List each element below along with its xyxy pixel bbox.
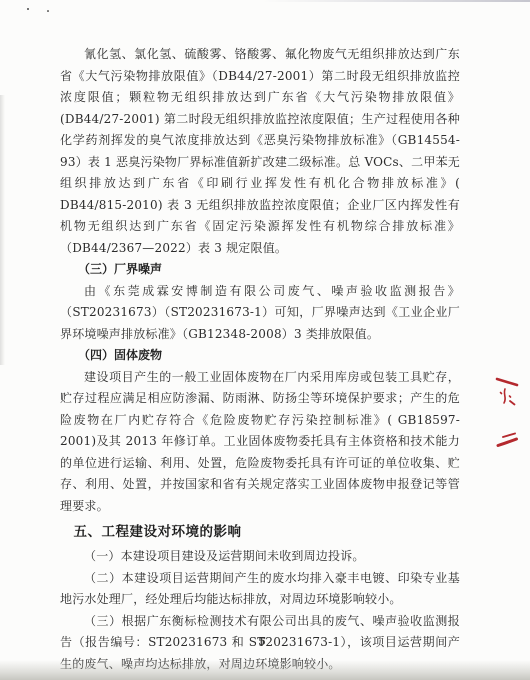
- scan-bottom-shadow: [0, 660, 530, 680]
- scan-top-edge-shadow: [262, 0, 530, 2]
- scan-speck-2: [47, 10, 49, 12]
- subheading-solid-waste: （四）固体废物: [60, 345, 460, 367]
- scan-left-edge-smudge: [0, 95, 5, 365]
- scanned-document-page: 氰化氢、氯化氢、硫酸雾、铬酸雾、氟化物废气无组织排放达到广东省《大气污染物排放限…: [0, 0, 530, 680]
- para-impact-item-1: （一）本建设项目建设及运营期间未收到周边投诉。: [60, 546, 460, 568]
- page-number: 5: [0, 635, 524, 648]
- document-body: 氰化氢、氯化氢、硫酸雾、铬酸雾、氟化物废气无组织排放达到广东省《大气污染物排放限…: [60, 44, 460, 675]
- subheading-factory-boundary-noise: （三）厂界噪声: [60, 259, 460, 281]
- para-air-emission-standards: 氰化氢、氯化氢、硫酸雾、铬酸雾、氟化物废气无组织排放达到广东省《大气污染物排放限…: [60, 44, 460, 259]
- para-noise-standards: 由《东莞成霖安博制造有限公司废气、噪声验收监测报告》（ST20231673）（S…: [60, 281, 460, 346]
- red-pen-scribble-2: [498, 434, 517, 446]
- para-impact-item-2: （二）本建设项目运营期间产生的废水均排入豪丰电镀、印染专业基地污水处理厂，经处理…: [60, 568, 460, 611]
- red-pen-scribble-1: [497, 379, 517, 405]
- heading-section-5-environmental-impact: 五、工程建设对环境的影响: [60, 519, 460, 545]
- red-pen-marks: [490, 370, 522, 454]
- scan-speck-1: [27, 8, 29, 10]
- para-solid-waste-management: 建设项目产生的一般工业固体废物在厂内采用库房或包装工具贮存，贮存过程应满足相应防…: [60, 367, 460, 518]
